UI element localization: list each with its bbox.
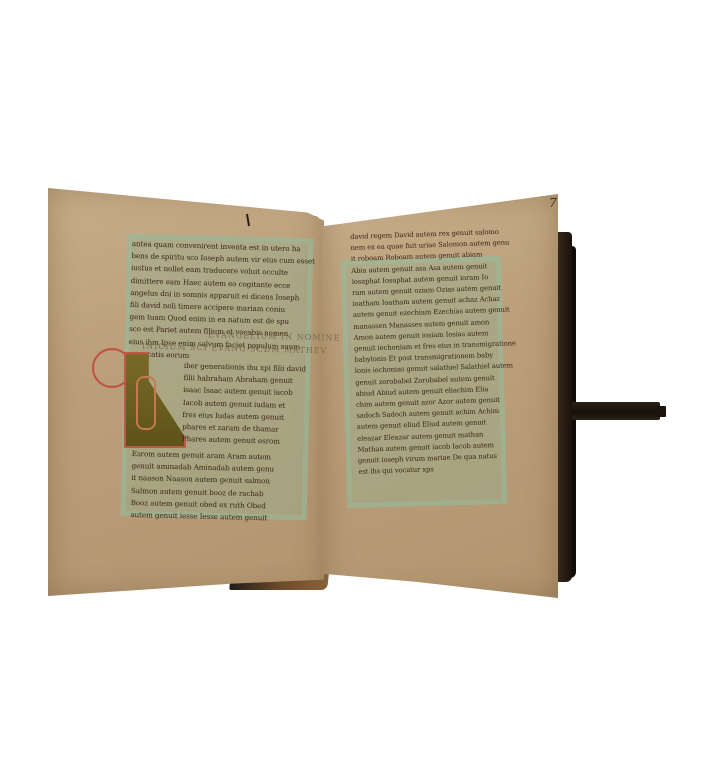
initial-interlace bbox=[136, 376, 156, 430]
manuscript-photo: 7 antea quam convenirent inventa est in … bbox=[0, 0, 710, 780]
right-page-text: david regem David autem rex genuit salom… bbox=[350, 226, 520, 478]
left-page-text-initial: iber generationis ihu xpi filii david fi… bbox=[182, 360, 306, 449]
folio-number: 7 bbox=[549, 196, 557, 210]
book-clasp bbox=[572, 402, 660, 420]
left-page-text-bottom: Esrom autem genuit aram Aram autem genui… bbox=[130, 448, 274, 525]
clasp-tip bbox=[658, 406, 666, 417]
book-cover-edge bbox=[556, 232, 572, 582]
